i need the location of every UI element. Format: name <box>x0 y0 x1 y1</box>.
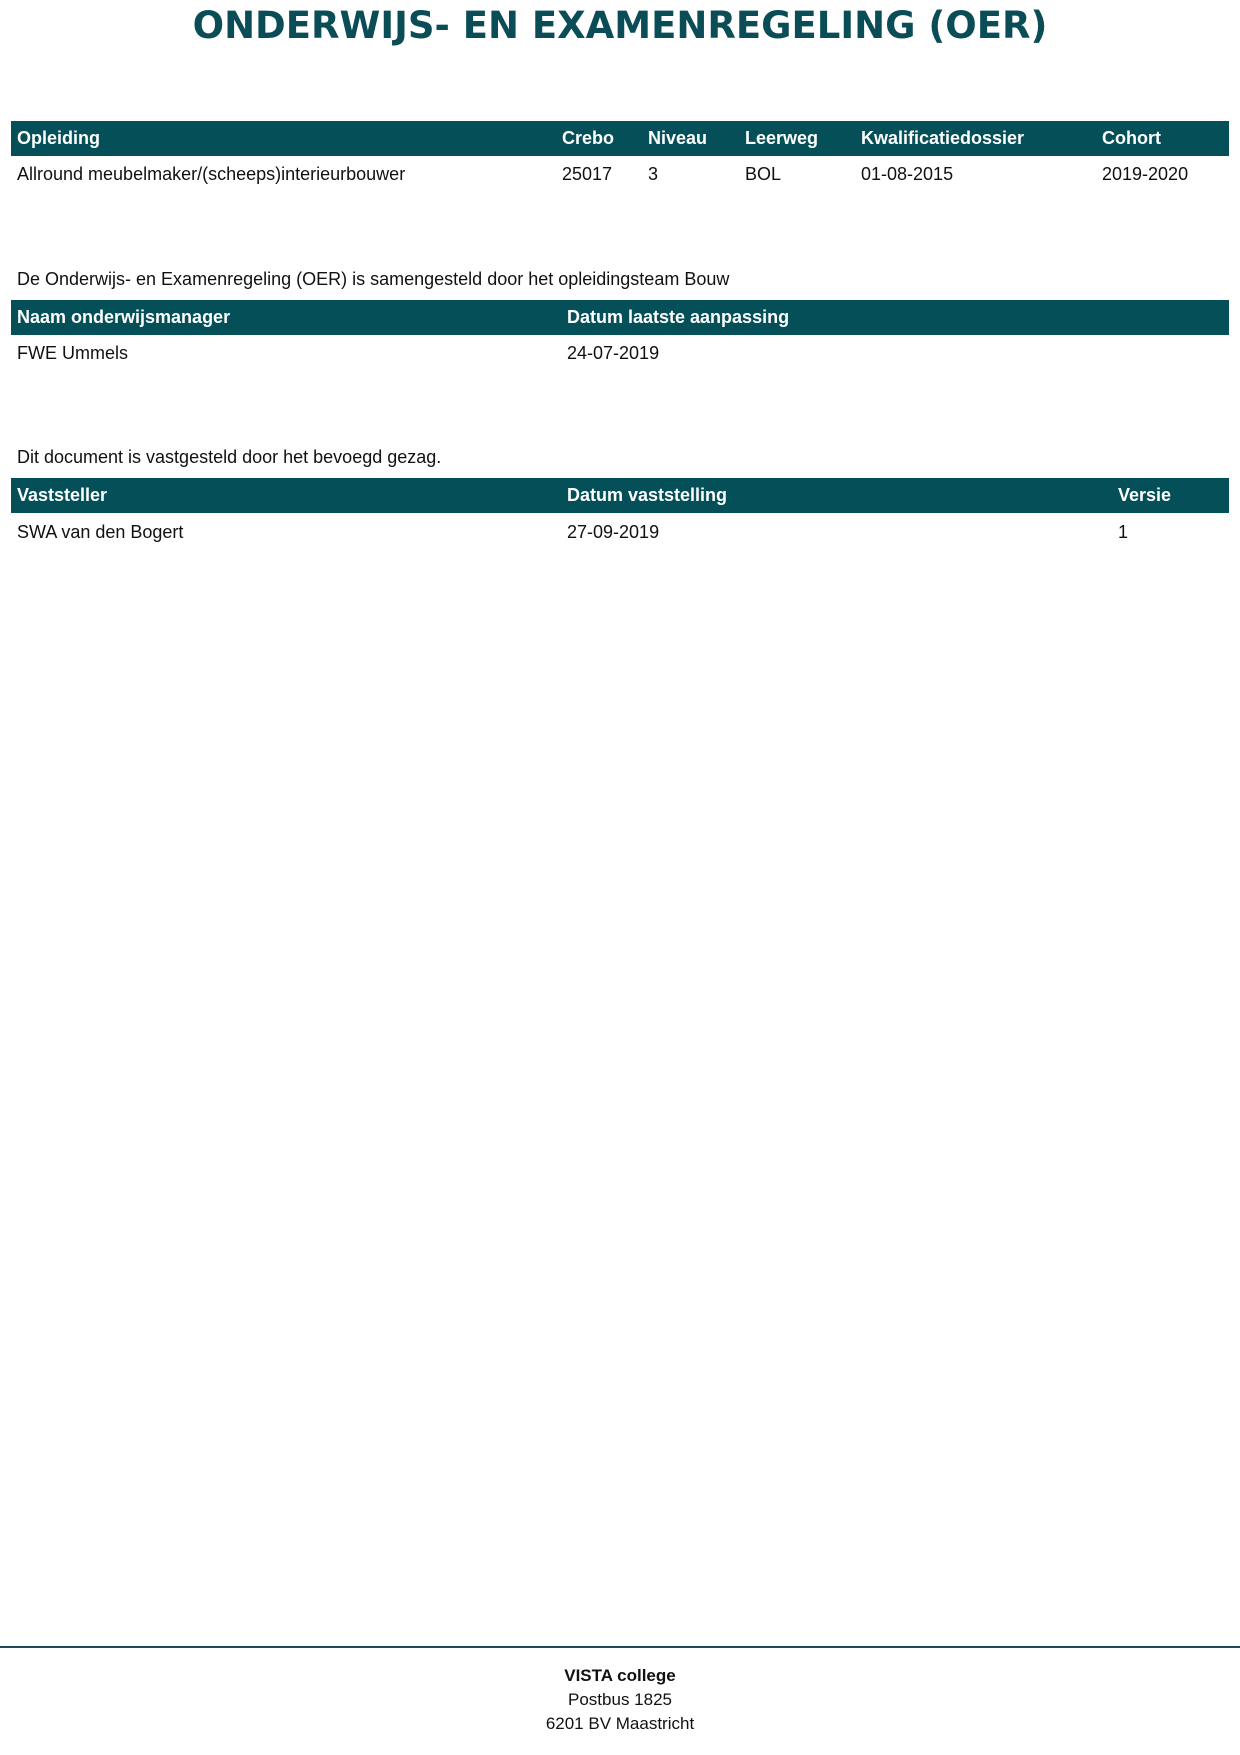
footer-organization: VISTA college <box>0 1664 1240 1688</box>
cell-niveau: 3 <box>648 163 658 185</box>
header-naam-onderwijsmanager: Naam onderwijsmanager <box>17 300 230 335</box>
footer: VISTA college Postbus 1825 6201 BV Maast… <box>0 1664 1240 1736</box>
header-vaststeller: Vaststeller <box>17 478 107 513</box>
cell-vaststeller: SWA van den Bogert <box>17 521 183 543</box>
adoption-intro: Dit document is vastgesteld door het bev… <box>17 446 441 468</box>
header-niveau: Niveau <box>648 121 707 156</box>
composition-table-header: Naam onderwijsmanager Datum laatste aanp… <box>11 300 1229 335</box>
header-versie: Versie <box>1118 478 1171 513</box>
footer-address-line-1: Postbus 1825 <box>0 1688 1240 1712</box>
composition-intro: De Onderwijs- en Examenregeling (OER) is… <box>17 268 729 290</box>
header-kwalificatiedossier: Kwalificatiedossier <box>861 121 1024 156</box>
cell-opleiding: Allround meubelmaker/(scheeps)interieurb… <box>17 163 405 185</box>
header-datum-laatste-aanpassing: Datum laatste aanpassing <box>567 300 789 335</box>
footer-divider <box>0 1646 1240 1648</box>
footer-address-line-2: 6201 BV Maastricht <box>0 1712 1240 1736</box>
header-cohort: Cohort <box>1102 121 1161 156</box>
cell-versie: 1 <box>1118 521 1128 543</box>
cell-datum-vaststelling: 27-09-2019 <box>567 521 659 543</box>
header-crebo: Crebo <box>562 121 614 156</box>
cell-leerweg: BOL <box>745 163 781 185</box>
cell-kwalificatiedossier: 01-08-2015 <box>861 163 953 185</box>
header-leerweg: Leerweg <box>745 121 818 156</box>
header-opleiding: Opleiding <box>17 121 100 156</box>
adoption-table-header: Vaststeller Datum vaststelling Versie <box>11 478 1229 513</box>
cell-crebo: 25017 <box>562 163 612 185</box>
cell-cohort: 2019-2020 <box>1102 163 1188 185</box>
cell-onderwijsmanager: FWE Ummels <box>17 342 128 364</box>
document-title: ONDERWIJS- EN EXAMENREGELING (OER) <box>0 2 1240 50</box>
header-datum-vaststelling: Datum vaststelling <box>567 478 727 513</box>
program-table-header: Opleiding Crebo Niveau Leerweg Kwalifica… <box>11 121 1229 156</box>
cell-datum-laatste-aanpassing: 24-07-2019 <box>567 342 659 364</box>
